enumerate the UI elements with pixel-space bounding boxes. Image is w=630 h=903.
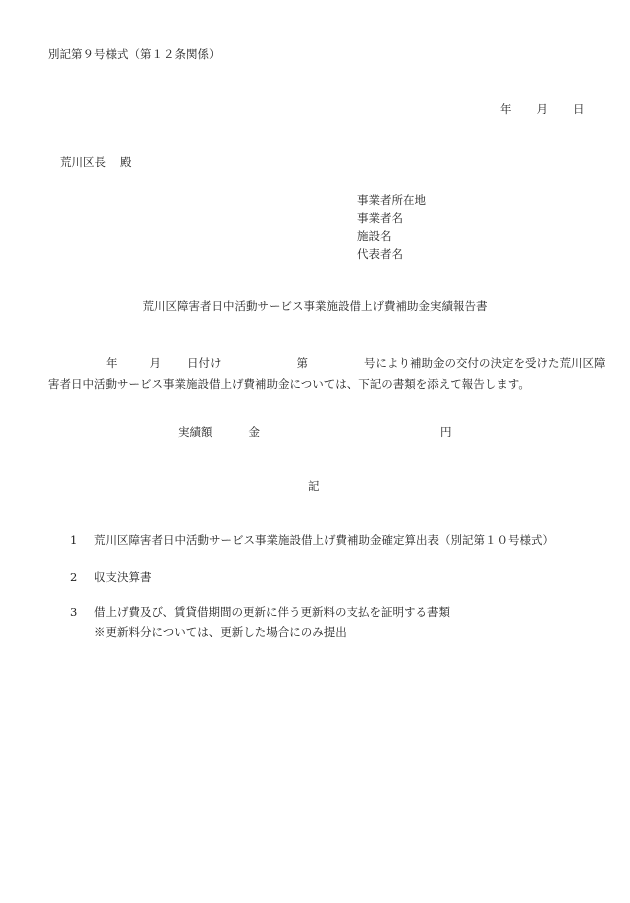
body-line-1-text: 号により補助金の交付の決定を受けた荒川区障	[364, 356, 606, 370]
note-heading: 記	[308, 481, 320, 493]
addressee-honorific: 殿	[120, 155, 132, 169]
body-dai-label: 第	[297, 356, 309, 370]
form-id: 別記第９号様式（第１２条関係）	[48, 49, 221, 61]
amount-label: 実績額	[178, 425, 213, 439]
addressee: 荒川区長殿	[60, 157, 132, 169]
applicant-representative-label: 代表者名	[357, 247, 426, 265]
attachment-number: 3	[70, 607, 94, 619]
applicant-facility-name-label: 施設名	[357, 229, 426, 247]
attachment-note: ※更新料分については、更新した場合にのみ提出	[94, 627, 347, 639]
actual-amount: 実績額金円	[178, 427, 452, 439]
attachment-text: 荒川区障害者日中活動サービス事業施設借上げ費補助金確定算出表（別記第１０号様式）	[94, 533, 554, 547]
body-month-label: 月	[150, 356, 162, 370]
amount-unit: 円	[440, 425, 452, 439]
date-year-label: 年	[500, 104, 512, 116]
date-month-label: 月	[537, 104, 549, 116]
report-body-line-2: 害者日中活動サービス事業施設借上げ費補助金については、下記の書類を添えて報告しま…	[48, 374, 588, 395]
amount-kin: 金	[249, 425, 261, 439]
applicant-fields: 事業者所在地 事業者名 施設名 代表者名	[357, 193, 426, 265]
report-body-line-1: 年月日付け第号により補助金の交付の決定を受けた荒川区障	[48, 353, 588, 374]
attachment-number: 1	[70, 535, 94, 547]
body-year-label: 年	[106, 356, 118, 370]
attachment-text: 収支決算書	[94, 570, 152, 584]
attachment-item: 1荒川区障害者日中活動サービス事業施設借上げ費補助金確定算出表（別記第１０号様式…	[70, 535, 554, 547]
attachment-number: 2	[70, 572, 94, 584]
attachment-item: 3借上げ費及び、賃貸借期間の更新に伴う更新料の支払を証明する書類	[70, 607, 450, 619]
document-title: 荒川区障害者日中活動サービス事業施設借上げ費補助金実績報告書	[0, 301, 630, 313]
addressee-name: 荒川区長	[60, 155, 106, 169]
attachment-item: 2収支決算書	[70, 572, 152, 584]
date-line: 年月日	[500, 104, 585, 116]
date-day-label: 日	[573, 104, 585, 116]
applicant-address-label: 事業者所在地	[357, 193, 426, 211]
report-body: 年月日付け第号により補助金の交付の決定を受けた荒川区障 害者日中活動サービス事業…	[48, 353, 588, 395]
attachment-text: 借上げ費及び、賃貸借期間の更新に伴う更新料の支払を証明する書類	[94, 605, 450, 619]
applicant-business-name-label: 事業者名	[357, 211, 426, 229]
body-date-suffix: 日付け	[187, 356, 222, 370]
